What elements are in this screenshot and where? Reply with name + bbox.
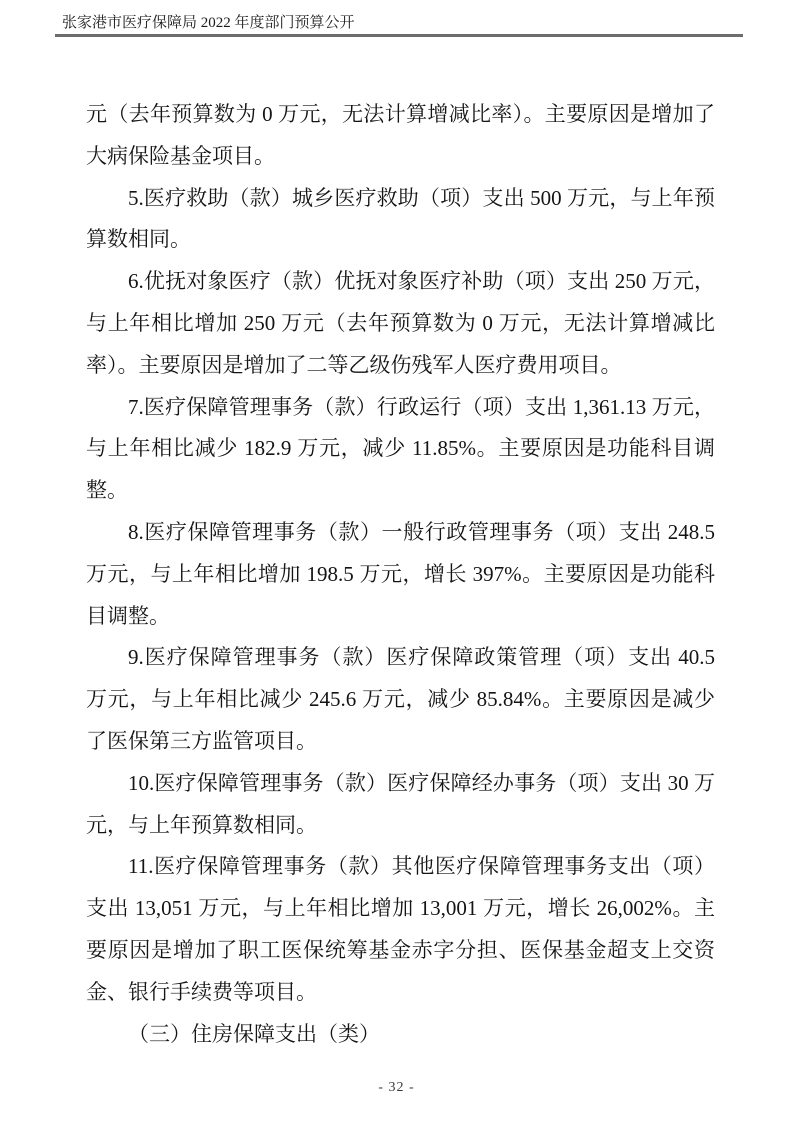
header-rule <box>55 34 743 37</box>
paragraph-section-heading: （三）住房保障支出（类） <box>86 1014 715 1056</box>
document-header-title: 张家港市医疗保障局 2022 年度部门预算公开 <box>62 11 355 32</box>
page-footer: - 32 - <box>0 1080 793 1096</box>
paragraph-item-9: 9.医疗保障管理事务（款）医疗保障政策管理（项）支出 40.5 万元，与上年相比… <box>86 637 715 762</box>
paragraph-item-11: 11.医疗保障管理事务（款）其他医疗保障管理事务支出（项）支出 13,051 万… <box>86 846 715 1013</box>
paragraph-item-6: 6.优抚对象医疗（款）优抚对象医疗补助（项）支出 250 万元，与上年相比增加 … <box>86 261 715 386</box>
paragraph-item-10: 10.医疗保障管理事务（款）医疗保障经办事务（项）支出 30 万元，与上年预算数… <box>86 763 715 847</box>
document-body: 元（去年预算数为 0 万元，无法计算增减比率）。主要原因是增加了大病保险基金项目… <box>86 94 715 1055</box>
page-number: - 32 - <box>378 1080 414 1095</box>
document-page: 张家港市医疗保障局 2022 年度部门预算公开 元（去年预算数为 0 万元，无法… <box>0 0 793 1122</box>
paragraph-continuation: 元（去年预算数为 0 万元，无法计算增减比率）。主要原因是增加了大病保险基金项目… <box>86 94 715 178</box>
paragraph-item-5: 5.医疗救助（款）城乡医疗救助（项）支出 500 万元，与上年预算数相同。 <box>86 178 715 262</box>
paragraph-item-8: 8.医疗保障管理事务（款）一般行政管理事务（项）支出 248.5 万元，与上年相… <box>86 512 715 637</box>
paragraph-item-7: 7.医疗保障管理事务（款）行政运行（项）支出 1,361.13 万元，与上年相比… <box>86 387 715 512</box>
